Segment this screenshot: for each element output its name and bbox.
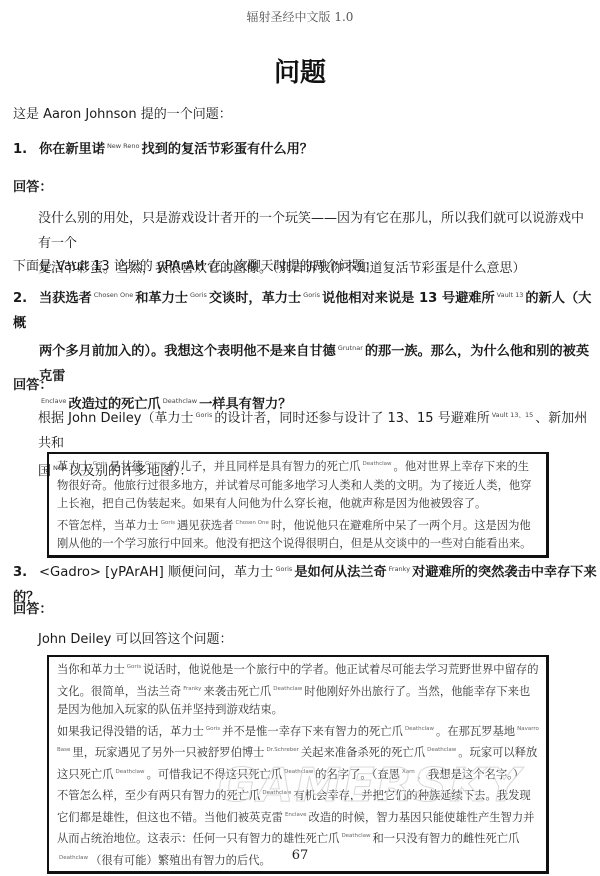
page-title: 问题 <box>0 52 600 89</box>
english-term: Goris <box>93 461 107 467</box>
english-term: Chosen One <box>235 520 268 526</box>
question-1: 1.你在新里诺New Reno找到的复活节彩蛋有什么用？ <box>13 134 313 162</box>
quote-text: 不管怎样，当革力士 <box>57 519 159 532</box>
answer-label-1: 回答： <box>13 176 53 195</box>
english-term: Franky <box>183 686 201 692</box>
question-text: 说他相对来说是 13 号避难所 <box>322 291 495 306</box>
quote-text: 并不是惟一幸存下来有智力的死亡爪 <box>222 725 403 738</box>
english-term: Deathclaw <box>362 461 391 467</box>
quote-text: 的儿子，并且同样是具有智力的死亡爪 <box>168 460 360 473</box>
english-term: Vault 13 <box>497 291 524 299</box>
question-text: 和革力士 <box>135 291 188 306</box>
quote-text: 和一只没有智力的雌性死亡爪 <box>373 832 520 845</box>
english-term: Vault 13、15 <box>492 411 534 419</box>
question-text: 当获选者 <box>39 291 92 306</box>
answer-label-3: 回答： <box>13 598 53 617</box>
running-header: 辐射圣经中文版 1.0 <box>0 8 600 25</box>
answer-label-2: 回答： <box>13 374 53 393</box>
page-number: 67 <box>0 848 600 863</box>
english-term: Dr.Schreber <box>266 747 298 753</box>
english-term: Deathclaw <box>341 833 370 839</box>
english-term: Deathclaw <box>405 726 434 732</box>
question-text: <Gadro> [yPArAH] 顺便问问，革力士 <box>39 565 273 580</box>
quote-text: 如果我记得没错的话，革力士 <box>57 725 204 738</box>
english-term: Goris <box>303 291 320 299</box>
english-term: Grutnar <box>338 344 363 352</box>
question-text: 找到的复活节彩蛋有什么用？ <box>142 142 313 157</box>
question-3: 3.<Gadro> [yPArAH] 顺便问问，革力士Goris是如何从法兰奇F… <box>13 557 600 610</box>
question-text: 是如何从法兰奇 <box>294 565 386 580</box>
english-term: Deathclaw <box>116 769 145 775</box>
question-number: 2. <box>13 286 39 311</box>
english-term: Goris <box>190 291 207 299</box>
answer-3-intro: John Deiley 可以回答这个问题： <box>38 627 588 652</box>
quote-box-goris-origin: 革力士Goris是甘德Grutnar的儿子，并且同样是具有智力的死亡爪Death… <box>47 452 549 558</box>
english-term: Franky <box>389 565 410 573</box>
english-term: Goris <box>195 411 212 419</box>
quote-text: 革力士 <box>57 460 91 473</box>
english-term: Chosen One <box>94 291 133 299</box>
question-2: 2.当获选者Chosen One和革力士Goris交谈时，革力士Goris说他相… <box>13 283 600 417</box>
english-term: Grutnar <box>145 461 166 467</box>
quote-text: 遇见获选者 <box>177 519 234 532</box>
english-term: Goris <box>161 520 175 526</box>
english-term: Enclave <box>285 812 307 818</box>
question-number: 1. <box>13 137 39 162</box>
english-term: Goris <box>275 565 292 573</box>
intro-yparah: 下面是 Vault 13 论坛的 yPArAH 在上次聊天时提的两个问题： <box>13 258 378 276</box>
quote-text: 当你和革力士 <box>57 663 125 676</box>
answer-line: 没什么别的用处，只是游戏设计者开的一个玩笑——因为有它在那儿，所以我们就可以说游… <box>38 206 588 256</box>
english-term: New Reno <box>107 142 140 150</box>
question-text: 两个多月前加入的）。我想这个表明他不是来自甘德 <box>39 344 336 359</box>
quote-text: 来袭击死亡爪 <box>203 685 271 698</box>
quote-text: 。在那瓦罗基地 <box>436 725 515 738</box>
english-term: Goris <box>127 664 141 670</box>
question-text: 交谈时，革力士 <box>209 291 301 306</box>
question-number: 3. <box>13 560 39 585</box>
english-term: Goris <box>206 726 220 732</box>
answer-text: 的设计者，同时还参与设计了 13、15 号避难所 <box>214 411 489 426</box>
watermark: GAMERSKY <box>218 758 522 812</box>
answer-text: 根据 John Deiley（革力士 <box>38 411 193 426</box>
english-term: Deathclaw <box>273 686 302 692</box>
quote-text: 是甘德 <box>109 460 143 473</box>
question-text: 你在新里诺 <box>39 142 105 157</box>
intro-aaron-johnson: 这是 Aaron Johnson 提的一个问题： <box>13 106 232 124</box>
english-term: Deathclaw <box>427 747 456 753</box>
